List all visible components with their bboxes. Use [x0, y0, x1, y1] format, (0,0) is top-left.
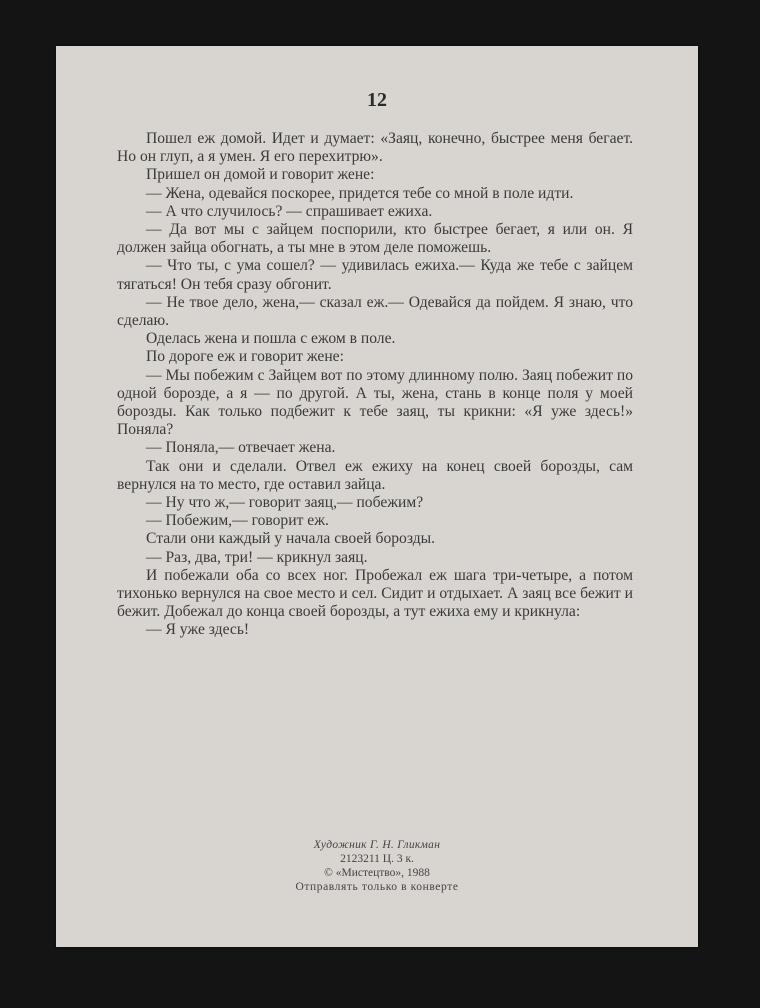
story-paragraph: Оделась жена и пошла с ежом в поле.: [117, 330, 633, 348]
story-paragraph: — Побежим,— говорит еж.: [117, 512, 633, 530]
artist-credit: Художник Г. Н. Гликман: [56, 838, 698, 852]
story-paragraph: И побежали оба со всех ног. Пробежал еж …: [117, 567, 633, 622]
mailing-note: Отправлять только в конверте: [56, 880, 698, 894]
page-number: 12: [56, 89, 698, 112]
story-paragraph: Так они и сделали. Отвел еж ежиху на кон…: [117, 458, 633, 494]
story-paragraph: — Мы побежим с Зайцем вот по этому длинн…: [117, 367, 633, 440]
story-paragraph: Пошел еж домой. Идет и думает: «Заяц, ко…: [117, 130, 633, 166]
story-paragraph: Пришел он домой и говорит жене:: [117, 166, 633, 184]
story-paragraph: — Я уже здесь!: [117, 621, 633, 639]
copyright: © «Мистецтво», 1988: [56, 866, 698, 880]
story-text: Пошел еж домой. Идет и думает: «Заяц, ко…: [117, 130, 633, 640]
story-paragraph: Стали они каждый у начала своей борозды.: [117, 530, 633, 548]
story-paragraph: — Ну что ж,— говорит заяц,— побежим?: [117, 494, 633, 512]
story-paragraph: — Поняла,— отвечает жена.: [117, 439, 633, 457]
story-paragraph: — А что случилось? — спрашивает ежиха.: [117, 203, 633, 221]
imprint: Художник Г. Н. Гликман 2123211 Ц. 3 к. ©…: [56, 838, 698, 894]
code-price: 2123211 Ц. 3 к.: [56, 852, 698, 866]
story-paragraph: По дороге еж и говорит жене:: [117, 348, 633, 366]
story-paragraph: — Что ты, с ума сошел? — удивилась ежиха…: [117, 257, 633, 293]
story-paragraph: — Да вот мы с зайцем поспорили, кто быст…: [117, 221, 633, 257]
postcard-back: 12 Пошел еж домой. Идет и думает: «Заяц,…: [56, 46, 698, 947]
story-paragraph: — Жена, одевайся поскорее, придется тебе…: [117, 185, 633, 203]
story-paragraph: — Не твое дело, жена,— сказал еж.— Одева…: [117, 294, 633, 330]
story-paragraph: — Раз, два, три! — крикнул заяц.: [117, 549, 633, 567]
